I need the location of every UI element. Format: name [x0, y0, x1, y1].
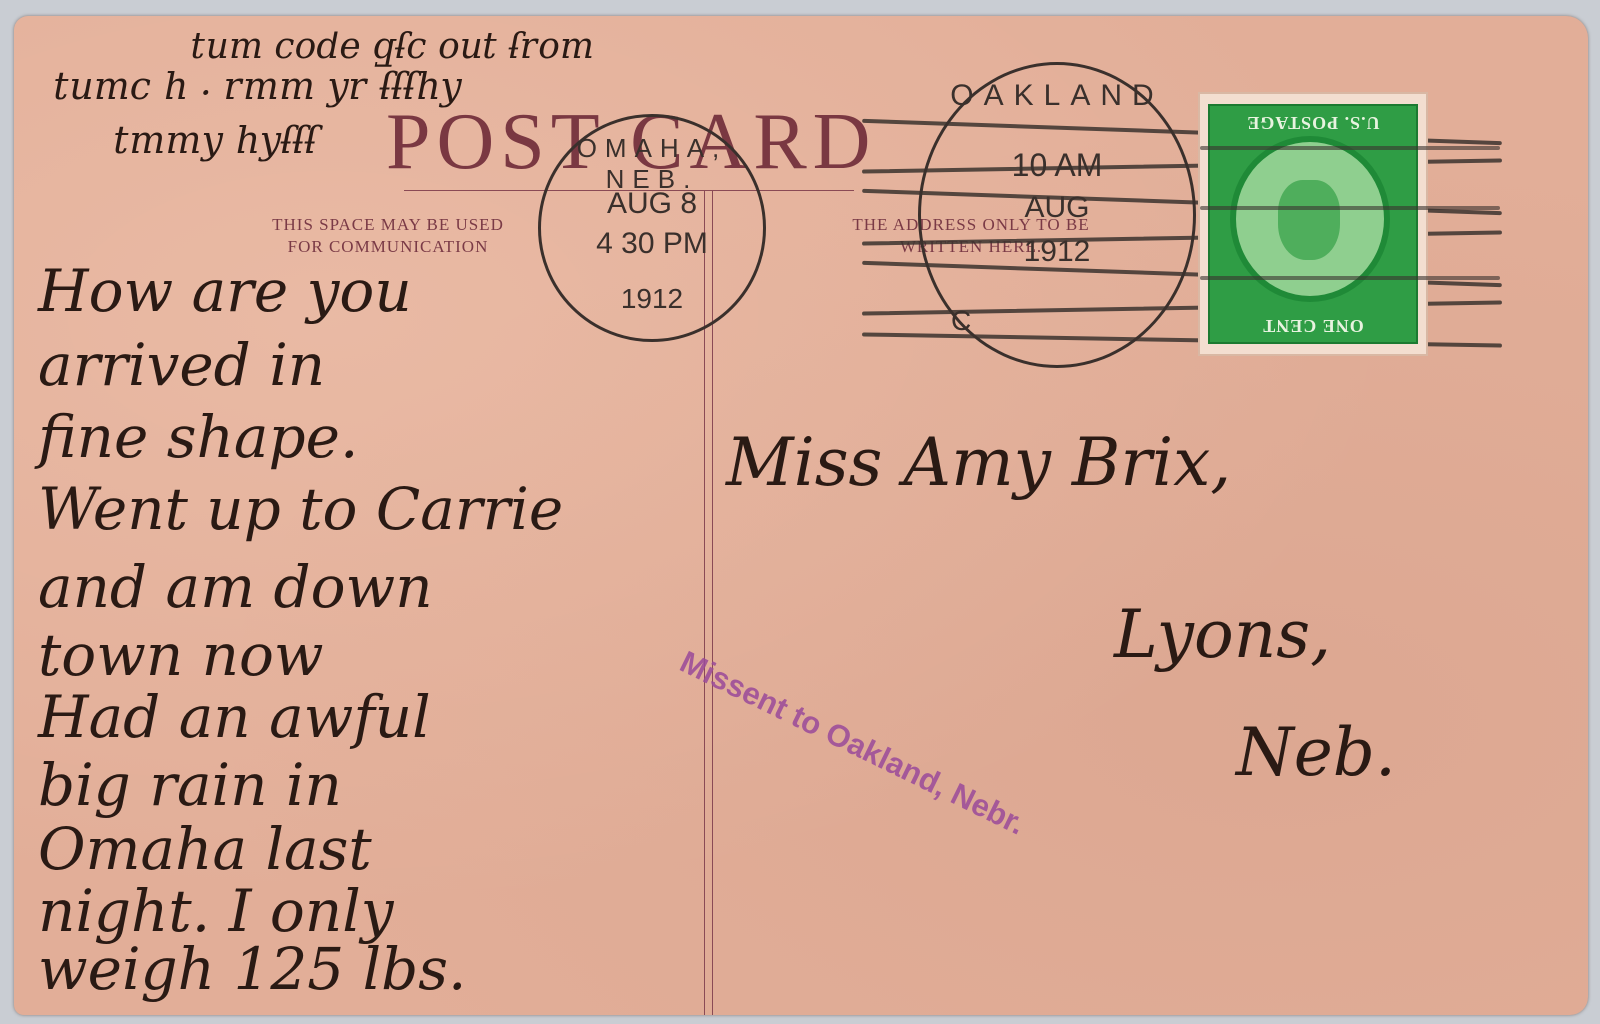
postcard-back: ɯoɹɟ ʇno ɔɟƃ ǝpoɔ ɯnʇ ʎɥɟɟɟ ɹʎ ɯɯɹ · ɥ ɔ…	[14, 16, 1588, 1015]
message-line: Omaha last	[38, 820, 372, 878]
message-line: weigh 125 lbs.	[38, 940, 466, 998]
message-line: arrived in	[38, 336, 325, 394]
cancel-wave	[1200, 146, 1500, 150]
message-line: town now	[38, 626, 324, 684]
caption-line: THIS SPACE MAY BE USED	[208, 214, 568, 236]
postmark-year: 1912	[541, 283, 763, 315]
stamp-denomination: ONE CENT	[1210, 315, 1416, 336]
stamp-country: U.S. POSTAGE	[1210, 112, 1416, 133]
inverted-handwriting: ɯoɹɟ ʇno ɔɟƃ ǝpoɔ ɯnʇ	[34, 30, 594, 71]
postmark-date: AUG 8	[541, 187, 763, 221]
washington-portrait-icon	[1278, 180, 1340, 260]
recipient-city: Lyons,	[1114, 602, 1331, 668]
caption-line: FOR COMMUNICATION	[208, 236, 568, 258]
message-line: fine shape.	[38, 408, 358, 466]
cancel-wave	[1200, 276, 1500, 280]
postmark-ring-text: OAKLAND	[921, 79, 1193, 113]
communication-caption: THIS SPACE MAY BE USED FOR COMMUNICATION	[208, 214, 568, 258]
postmark-time: 4 30 PM	[541, 227, 763, 261]
postmark-date: AUG	[921, 191, 1193, 225]
message-line: Had an awful	[38, 688, 431, 746]
recipient-state: Neb.	[1236, 720, 1396, 786]
postmark-time: 10 AM	[921, 147, 1193, 184]
message-line: night. I only	[38, 882, 394, 940]
message-line: big rain in	[38, 756, 342, 814]
postmark-ring-text: OMAHA, NEB.	[541, 133, 763, 195]
omaha-postmark: OMAHA, NEB. AUG 8 4 30 PM 1912	[538, 114, 766, 342]
postmark-bottom-text: C	[951, 305, 1223, 337]
message-line: How are you	[38, 262, 412, 320]
missent-handstamp: Missent to Oakland, Nebr.	[674, 644, 1030, 842]
message-line: Went up to Carrie	[38, 480, 563, 538]
postage-stamp: ONE CENT U.S. POSTAGE	[1200, 94, 1426, 354]
cancel-wave	[1200, 206, 1500, 210]
recipient-name: Miss Amy Brix,	[726, 430, 1231, 496]
oakland-postmark: OAKLAND 10 AM AUG 1912 C	[918, 62, 1196, 368]
inverted-handwriting: ɟɟɟʎɥ ʎɯɯʇ	[114, 124, 317, 168]
message-line: and am down	[38, 558, 433, 616]
stamp-design: ONE CENT U.S. POSTAGE	[1208, 104, 1418, 344]
postmark-year: 1912	[921, 235, 1193, 269]
